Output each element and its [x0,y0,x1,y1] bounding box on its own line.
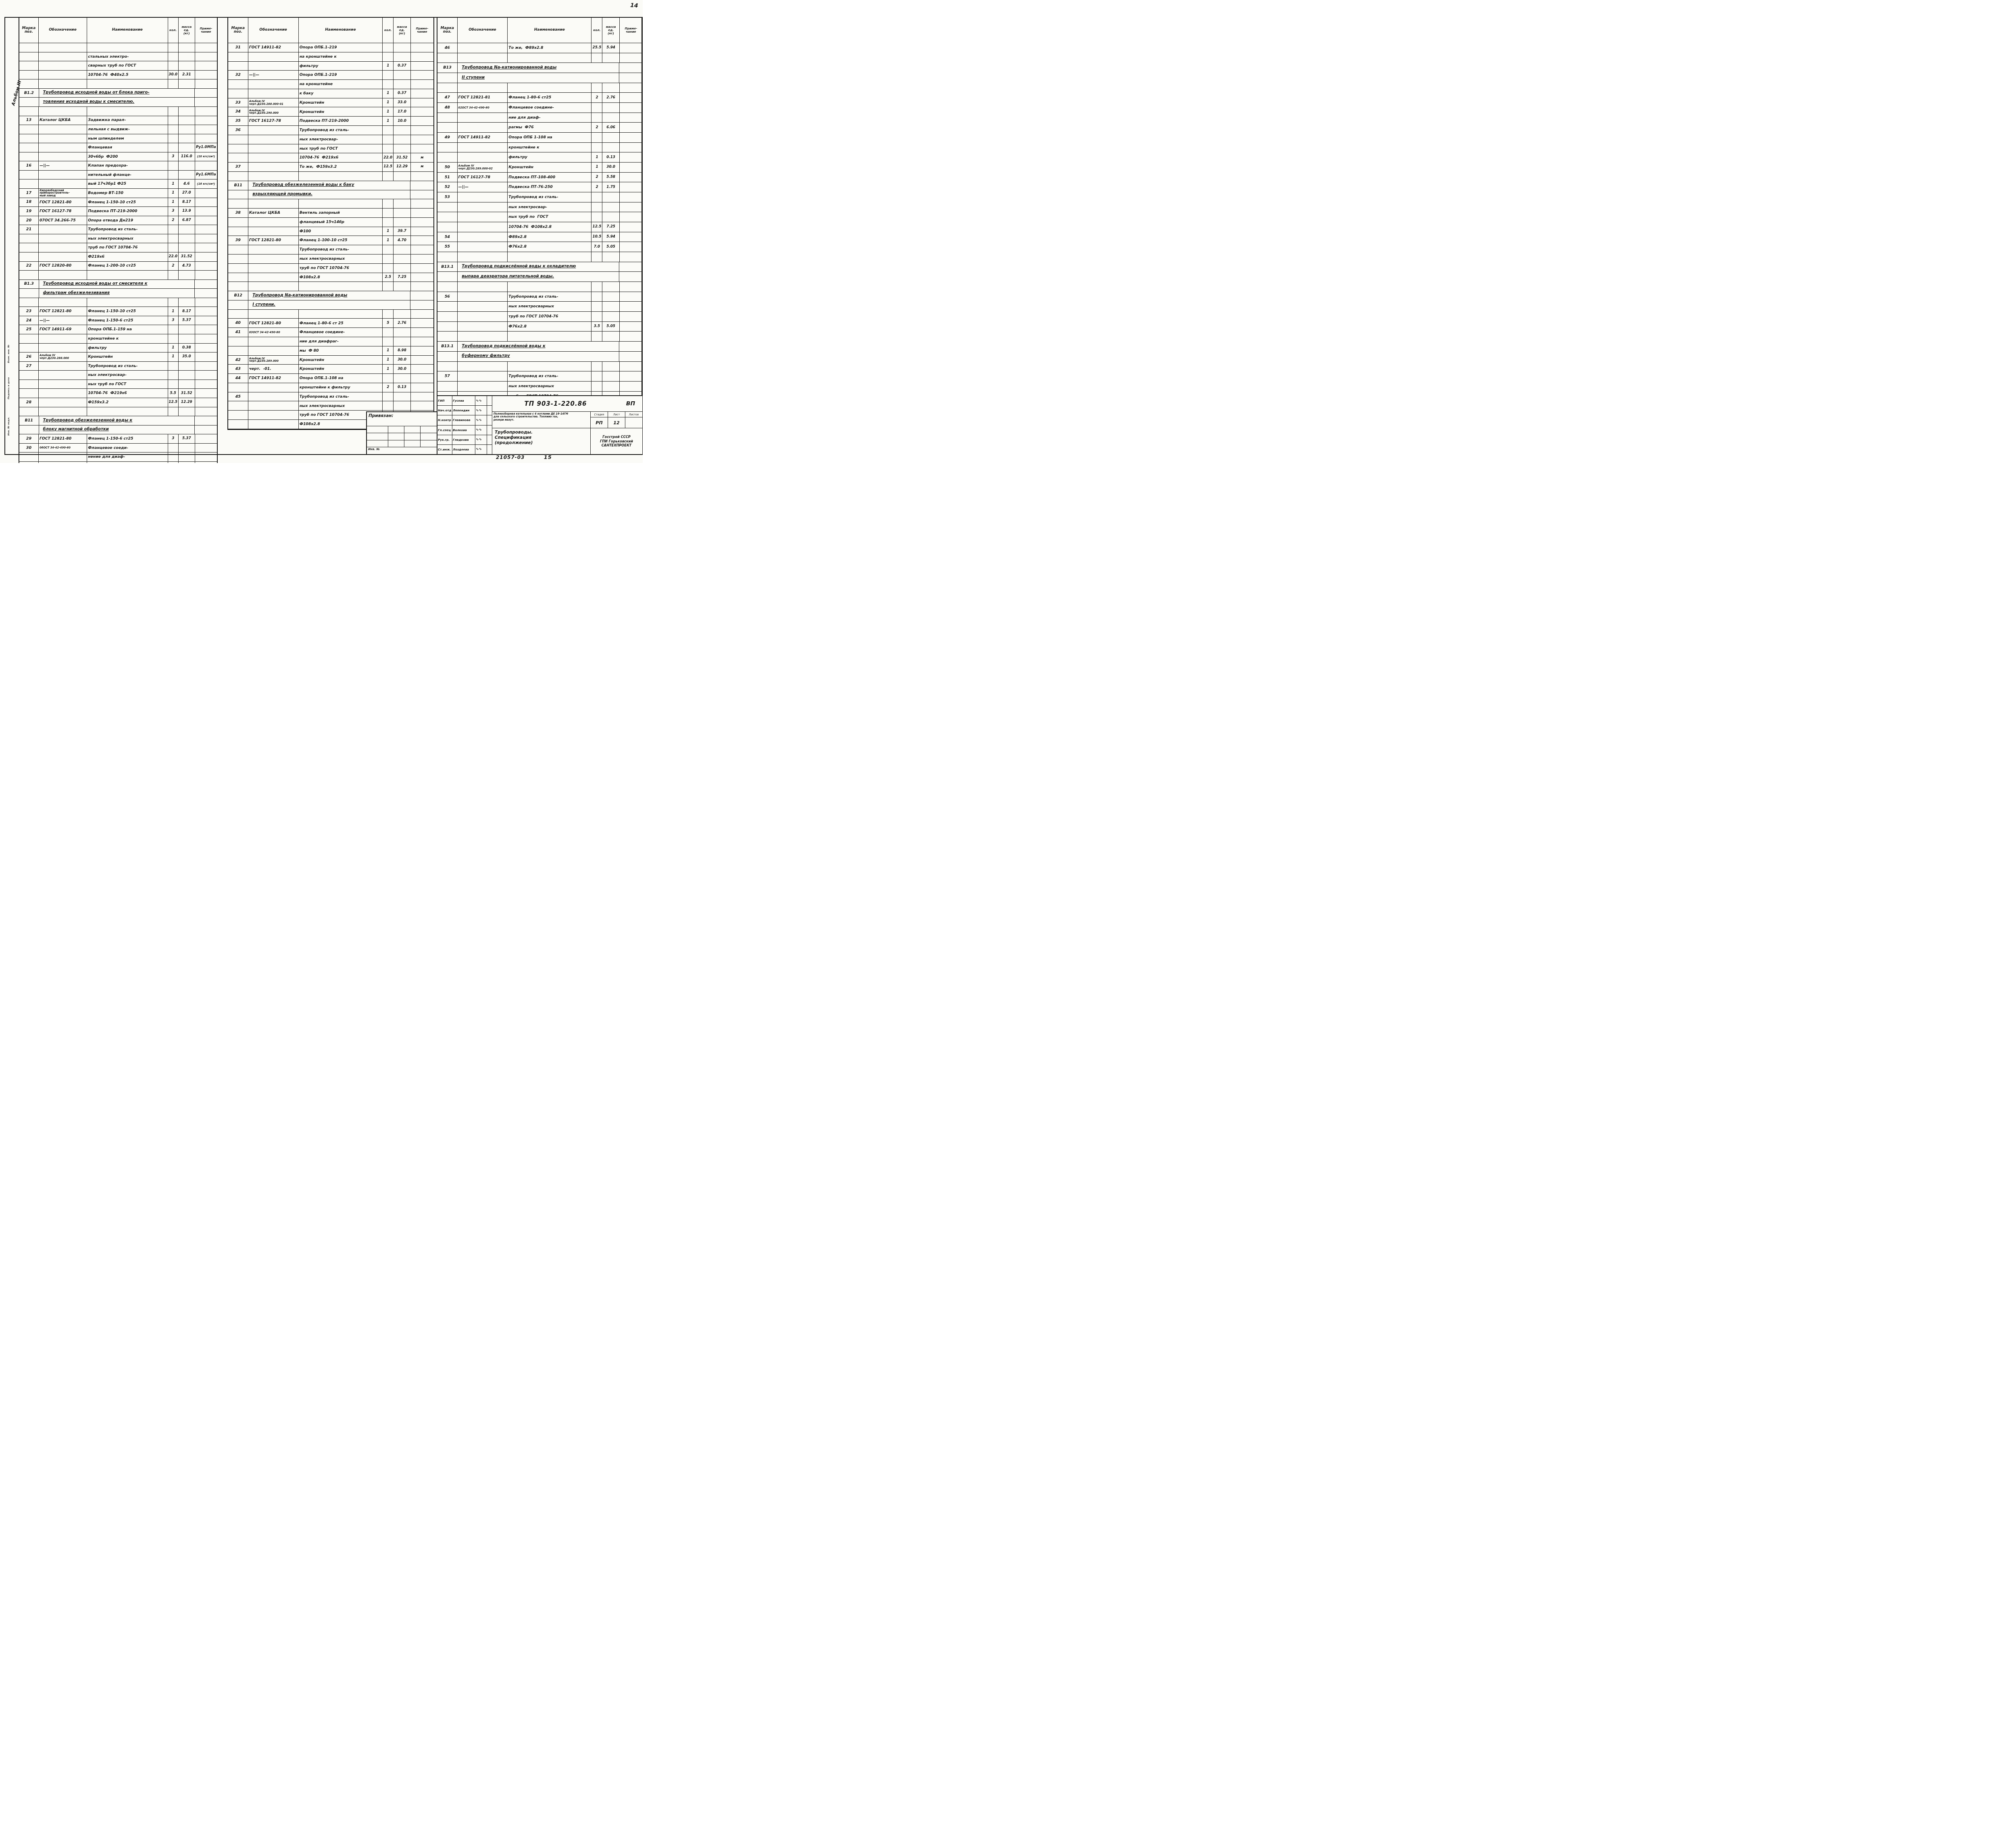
table-row: рагмы Ф150321.72 [19,462,217,463]
cell-note [620,133,642,142]
table-row: кронштейне к [19,334,217,344]
cell-qty [383,199,394,208]
cell-designation [458,371,508,381]
cell-name: нение для диаф- [87,453,168,461]
cell-note [195,344,217,352]
table-row: 3006ОСТ 34-42-490-80Фланцевое соеди- [19,444,217,453]
cell-pos [437,382,458,391]
cell-note [411,89,433,98]
cell-name: ных электросварных [299,401,383,410]
cell-pos: 41 [228,328,248,337]
cell-pos [19,234,39,243]
cell-designation: Альбом IV черт.Д230.288.000 [39,352,87,361]
cell-qty [591,292,602,302]
cell-pos [19,125,39,134]
binding-grid-cell [404,426,421,433]
table-row: к баку10.37 [228,89,433,98]
cell-note [411,71,433,79]
title-block-middle-row: Полносборная котельная с 4 котлами ДЕ 16… [492,412,642,428]
cell-name: ных электросвар- [508,202,591,212]
signature-role: Рук.гр. [437,435,452,444]
cell-qty: 2 [591,182,602,192]
cell-pos: 53 [437,192,458,202]
cell-mass [179,125,195,134]
cell-name: Фланец 1-100-10 ст25 [299,236,383,245]
cell-qty [168,243,179,252]
cell-pos [19,61,39,70]
section-title: взрыхляющей промывки. [248,190,410,199]
cell-designation [248,245,299,254]
table-row: 47ГОСТ 12821-81Фланец 1-80-6 ст2522.76 [437,93,642,103]
cell-designation [248,310,299,319]
cell-note [620,182,642,192]
section-title: I ступени. [248,300,410,309]
cell-name [299,172,383,181]
cell-pos: В11 [228,181,248,190]
cell-note [411,144,433,153]
cell-designation [248,392,299,401]
cell-qty: 1 [168,352,179,361]
cell-qty [383,80,394,89]
cell-note [411,282,433,291]
cell-mass [179,334,195,343]
cell-note [195,434,217,443]
cell-qty: 1 [383,107,394,116]
cell-note [195,116,217,125]
cell-name [508,83,591,93]
cell-note [620,83,642,93]
signature-row: Рук.гр.Гладкова∿∿ [437,435,492,445]
cell-pos: 17 [19,189,39,198]
cell-mass [602,332,619,341]
cell-note [411,264,433,273]
cell-note [411,401,433,410]
cell-name: рагмы Ф76 [508,123,591,132]
table-row: 44ГОСТ 14911-82Опора ОПБ.1-108 на [228,374,433,383]
cell-designation [458,192,508,202]
cell-mass [179,116,195,125]
cell-qty: 1 [383,356,394,365]
cell-mass [394,392,410,401]
cell-mass [394,310,410,319]
section-title: Трубопровод Na-катионированной воды [248,291,410,300]
cell-designation: ГОСТ 12821-80 [39,198,87,207]
cell-qty [591,252,602,262]
cell-designation [458,202,508,212]
header-mass: масса ед. (кг) [394,18,410,43]
cell-designation [248,126,299,135]
cell-note [195,416,217,425]
cell-name: Кронштейн [299,107,383,116]
cell-note [195,289,217,298]
cell-qty [168,61,179,70]
cell-pos [228,227,248,236]
cell-qty [591,371,602,381]
cell-note [620,123,642,132]
cell-note [195,334,217,343]
cell-designation: ГОСТ 12821-80 [39,307,87,316]
cell-mass: 5.05 [602,322,619,332]
cell-designation: —||— [458,182,508,192]
cell-name: ных труб по ГОСТ [508,212,591,222]
cell-note [195,453,217,461]
cell-note [195,43,217,52]
cell-pos [228,264,248,273]
cell-pos [19,407,39,416]
cell-note [195,325,217,334]
section-row: выпара деаэратора питательной воды. [437,272,642,282]
cell-pos [228,254,248,263]
cell-designation [458,362,508,371]
cell-note [620,302,642,311]
binding-grid-cell [367,426,388,433]
cell-pos [228,199,248,208]
cell-name: труб по ГОСТ 10704-76 [299,264,383,273]
cell-designation [39,179,87,188]
cell-name [508,332,591,341]
cell-designation [39,171,87,179]
header-note: Приме- чание [411,18,433,43]
cell-mass [179,234,195,243]
cell-mass [179,362,195,371]
cell-name: Трубопровод из сталь- [87,362,168,371]
cell-mass [179,407,195,416]
signature-name: Волкова [452,425,475,435]
cell-note [411,254,433,263]
cell-designation: ГОСТ 14911-82 [248,374,299,383]
table-header-row: Марка поз.ОбозначениеНаименованиекол.мас… [19,18,217,43]
cell-qty: 3 [168,207,179,216]
header-note: Приме- чание [620,18,642,43]
cell-qty [591,202,602,212]
cell-pos: 54 [437,232,458,242]
sheet-value: 12 [608,417,625,428]
cell-pos [228,273,248,282]
table-row: 28Ф159х3.212.512.29 [19,398,217,407]
cell-note [195,271,217,279]
cell-pos [19,52,39,61]
cell-qty [591,382,602,391]
table-row: ных электросварных [19,234,217,244]
cell-designation: —||— [39,316,87,325]
spec-table-middle: Марка поз.ОбозначениеНаименованиекол.мас… [227,17,434,430]
cell-qty: 1 [383,98,394,107]
cell-pos: В13 [437,63,458,73]
cell-mass [179,225,195,234]
cell-qty [168,134,179,143]
cell-note [620,312,642,321]
section-title: II ступени [458,73,619,83]
cell-mass [394,209,410,217]
section-row: фильтрам обезжелезивания [19,289,217,298]
cell-pos: 26 [19,352,39,361]
cell-designation [458,123,508,132]
cell-pos [437,352,458,361]
signature-row: ГИПГусева∿∿ [437,396,492,406]
cell-pos: 19 [19,207,39,216]
signature-role: Ст.инж. [437,445,452,454]
signature-role: Нач.отд [437,406,452,415]
cell-designation: Альбом IV черт.Д230.288.000-01 [248,98,299,107]
signature-date [487,445,492,454]
cell-designation [458,143,508,152]
cell-qty: 1 [383,62,394,71]
table-row: Трубопровод из сталь- [228,245,433,254]
signature-mark: ∿∿ [475,435,487,444]
cell-pos [19,98,39,106]
cell-qty [383,310,394,319]
cell-note [195,71,217,79]
cell-qty [383,401,394,410]
table-row: 43черт. -01.Кронштейн130.0 [228,365,433,374]
cell-designation: —||— [39,161,87,170]
cell-mass [602,192,619,202]
cell-designation [248,254,299,263]
cell-pos [437,123,458,132]
table-row: Ф76х2.83.55.05 [437,322,642,332]
table-row [228,199,433,209]
cell-designation [39,125,87,134]
cell-pos [19,152,39,161]
cell-mass: 7.25 [602,222,619,232]
cell-mass: 5.94 [602,43,619,53]
table-row: ных электросварных [437,302,642,312]
cell-designation [248,264,299,273]
cell-name: ных электросварных [299,254,383,263]
section-row: II ступени [437,73,642,83]
cell-mass [394,172,410,181]
cell-mass [394,43,410,52]
cell-name: к баку [299,89,383,98]
cell-pos [19,143,39,152]
cell-mass: 2.76 [602,93,619,102]
inventory-number-label: Инв. № [367,447,437,454]
cell-note [410,291,433,300]
cell-name: Фланец 1-150-6 ст25 [87,434,168,443]
table-row: фильтру10.38 [19,344,217,353]
signature-date [487,415,492,425]
cell-mass: 8.17 [179,307,195,316]
signature-date [487,435,492,444]
cell-mass: 0.37 [394,89,410,98]
cell-designation [39,234,87,243]
cell-note [620,143,642,152]
table-row: 10704-76 Ф108х2.812.57.25 [437,222,642,232]
cell-note [195,98,217,106]
cell-note [195,225,217,234]
cell-pos [228,401,248,410]
signature-name: Гладкова [452,435,475,444]
cell-designation [458,212,508,222]
cell-pos [228,282,248,291]
cell-qty [168,171,179,179]
cell-pos [228,383,248,392]
cell-name [87,43,168,52]
binding-grid [367,426,437,447]
table-row: фланцевый 15ч14бр [228,218,433,227]
table-row: ным шпинделем [19,134,217,144]
cell-note [620,222,642,232]
section-row: В13Трубопровод Na-катионированной воды [437,63,642,73]
cell-qty [591,83,602,93]
cell-mass: 27.0 [179,189,195,198]
table-row: на кронштейне [228,80,433,89]
section-title: Трубопровод Na-катионированной воды [458,63,619,73]
cell-pos [19,453,39,461]
cell-name: Ф76х2.8 [508,322,591,332]
cell-pos [19,389,39,398]
cell-qty: 1 [168,179,179,188]
cell-name: кронштейне к фильтру [299,383,383,392]
cell-qty: 7.0 [591,242,602,252]
cell-qty: 2 [591,123,602,132]
cell-pos [228,172,248,181]
section-row: В1.3Трубопровод исходной воды от смесите… [19,280,217,289]
cell-mass: 5.58 [602,173,619,182]
cell-name: нительный фланце- [87,171,168,179]
cell-qty [591,133,602,142]
cell-pos: 20 [19,216,39,225]
cell-pos [228,420,248,429]
signature-name: Главинова [452,415,475,425]
cell-name: Подвеска ПТ-219-2000 [87,207,168,216]
cell-pos: В12 [228,291,248,300]
table-row: 49ГОСТ 14911-82Опора ОПБ 1-108 на [437,133,642,143]
cell-mass [394,80,410,89]
section-row: блоку магнитной обработки [19,425,217,435]
cell-designation [458,252,508,262]
cell-pos [19,71,39,79]
cell-mass [602,103,619,113]
cell-mass: 116.0 [179,152,195,161]
section-title: фильтрам обезжелезивания [39,289,195,298]
cell-qty [383,218,394,227]
section-row: буферному фильтру [437,352,642,362]
cell-qty: 1 [383,227,394,236]
cell-note [410,190,433,199]
cell-name: на кронштейне к [299,52,383,61]
cell-pos: 24 [19,316,39,325]
cell-designation: Альбом IV черт.Д230.290.000 [248,107,299,116]
cell-name: Подвеска ПТ-108-400 [508,173,591,182]
cell-qty [591,312,602,321]
signature-date [487,396,492,405]
cell-pos [437,202,458,212]
cell-name: Трубопровод из сталь- [299,126,383,135]
cell-name: Клапан предохра- [87,161,168,170]
cell-qty [383,172,394,181]
binding-grid-cell [367,440,388,447]
section-title: Трубопровод обезжелезенной воды к баку [248,181,410,190]
cell-qty: 25.5 [591,43,602,53]
binding-label: Привязан: [367,412,437,426]
cell-pos [228,411,248,419]
cell-qty: 10.5 [591,232,602,242]
table-row: 53Трубопровод из сталь- [437,192,642,202]
table-row: ние для диафраг- [228,337,433,346]
table-row: сварных труб по ГОСТ [19,61,217,71]
cell-designation [248,273,299,282]
cell-name: Фланцевое соедине- [508,103,591,113]
cell-designation [248,199,299,208]
cell-note [620,242,642,252]
project-code-row: ТП 903-1-220.86 ВП [492,396,642,412]
cell-mass [602,382,619,391]
table-row: ных труб по ГОСТ [228,144,433,154]
cell-note [195,407,217,416]
section-title: Трубопровод исходной воды от смесителя к [39,280,195,289]
cell-mass: 6.87 [179,216,195,225]
stage-table-values: РП 12 [591,417,642,428]
cell-mass [179,79,195,88]
cell-pos: 16 [19,161,39,170]
cell-designation [248,172,299,181]
cell-qty: 12.5 [168,398,179,407]
cell-qty [168,43,179,52]
cell-pos: 34 [228,107,248,116]
cell-pos: 28 [19,398,39,407]
cell-note [195,198,217,207]
signature-row: Гл.спецВолкова∿∿ [437,425,492,435]
cell-name [299,310,383,319]
signature-mark: ∿∿ [475,406,487,415]
cell-qty: 1 [168,189,179,198]
cell-note [411,43,433,52]
cell-pos [19,134,39,143]
cell-mass [394,135,410,144]
cell-qty [168,125,179,134]
section-row: I ступени. [228,300,433,310]
cell-mass [179,444,195,453]
cell-pos: 43 [228,365,248,373]
header-designation: Обозначение [248,18,299,43]
cell-name [87,298,168,307]
cell-name: Трубопровод из сталь- [508,371,591,381]
cell-pos: В1.2 [19,89,39,98]
cell-designation [248,337,299,346]
cell-qty [383,328,394,337]
header-name: Наименование [87,18,168,43]
table-row [19,298,217,307]
table-row: 56Трубопровод из сталь- [437,292,642,302]
cell-pos [437,222,458,232]
cell-note [195,89,217,98]
margin-stamp-podpis-data: Подпись и дата [7,377,10,400]
cell-mass: 0.13 [602,152,619,162]
cell-designation: ГОСТ 12821-80 [248,236,299,245]
cell-pos [19,243,39,252]
cell-note [195,380,217,389]
table-row: Ф108х2.82.57.25 [228,273,433,282]
cell-name: Опора ОПБ 1-108 на [508,133,591,142]
table-row: стальных электро- [19,52,217,62]
cell-designation: ГОСТ 12821-80 [248,319,299,327]
cell-name: Ф89х2.8 [508,232,591,242]
cell-name: мы Ф 80 [299,346,383,355]
table-row: 51ГОСТ 16127-78Подвеска ПТ-108-40025.58 [437,173,642,183]
cell-designation [39,107,87,116]
table-row: 42Альбом IV черт.Д230.289.000Кронштейн13… [228,356,433,365]
cell-note [411,117,433,125]
cell-designation [39,152,87,161]
table-row: 4802ОСТ 34-42-490-80Фланцевое соедине- [437,103,642,113]
cell-name: Опора ОПБ.1-219 [299,71,383,79]
cell-mass: 4.6 [179,179,195,188]
cell-qty [383,392,394,401]
cell-name: Фланец 1-150-10 ст25 [87,307,168,316]
sheets-value [625,417,642,428]
header-qty: кол. [168,18,179,43]
